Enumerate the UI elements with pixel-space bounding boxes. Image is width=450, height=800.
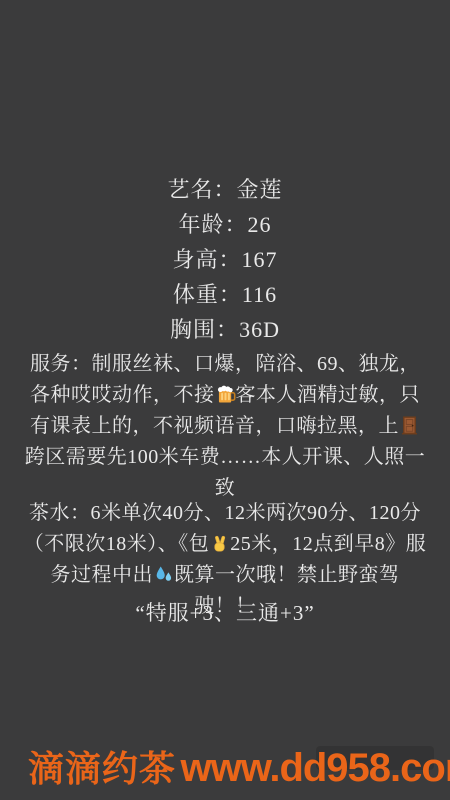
service-paragraph: 服务：制服丝袜、口爆，陪浴、69、独龙，各种哎哎动作，不接客本人酒精过敏，只有课… xyxy=(22,349,428,504)
service-text-3: 跨区需要先100米车费……本人开课、人照一致 xyxy=(25,446,426,499)
profile-label: 年龄 xyxy=(178,212,224,237)
victory-hand-icon xyxy=(209,533,230,554)
quote-line: “特服+3、三通+3” xyxy=(0,597,450,627)
profile-value: 167 xyxy=(242,247,278,272)
profile-row-stage-name: 艺名：金莲 xyxy=(0,172,450,207)
profile-separator: ： xyxy=(225,212,248,237)
profile-row-height: 身高：167 xyxy=(0,242,450,277)
profile-separator: ： xyxy=(219,247,242,272)
profile-value: 116 xyxy=(242,282,277,307)
profile-row-age: 年龄：26 xyxy=(0,207,450,242)
sweat-droplets-icon xyxy=(153,564,174,585)
profile-separator: ： xyxy=(219,282,242,307)
profile-separator: ： xyxy=(213,177,236,202)
profile-value: 26 xyxy=(248,212,272,237)
profile-block: 艺名：金莲 年龄：26 身高：167 体重：116 胸围：36D xyxy=(0,172,450,347)
profile-label: 艺名 xyxy=(167,177,213,202)
profile-value: 36D xyxy=(239,317,280,342)
profile-row-weight: 体重：116 xyxy=(0,277,450,312)
site-url: www.dd958.com xyxy=(180,746,450,790)
brand-name: 滴滴约茶 xyxy=(28,748,176,789)
profile-label: 胸围 xyxy=(170,317,216,342)
profile-row-bust: 胸围：36D xyxy=(0,312,450,347)
beer-icon xyxy=(215,384,236,405)
door-icon xyxy=(399,415,420,436)
ad-poster: 艺名：金莲 年龄：26 身高：167 体重：116 胸围：36D 服务：制服丝袜… xyxy=(0,0,450,800)
profile-value: 金莲 xyxy=(237,177,283,202)
profile-separator: ： xyxy=(216,317,239,342)
profile-label: 体重 xyxy=(173,282,219,307)
footer-watermark: 滴滴约茶 www.dd958.com xyxy=(28,741,450,792)
profile-label: 身高 xyxy=(172,247,218,272)
